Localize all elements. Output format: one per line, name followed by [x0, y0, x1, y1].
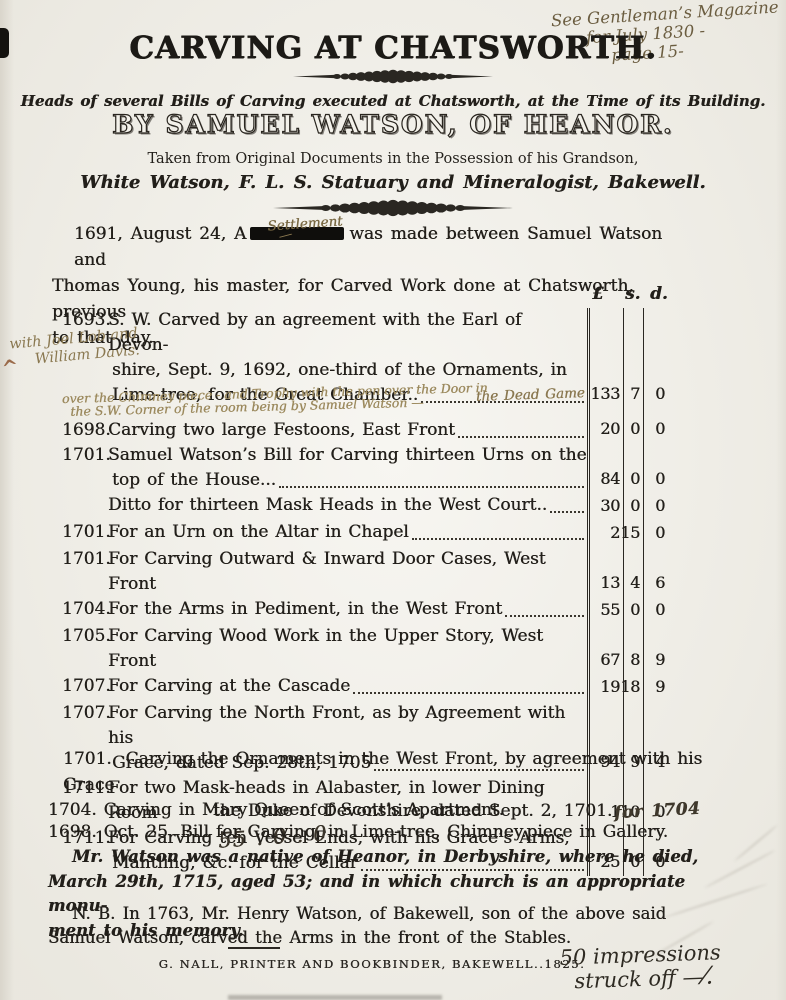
nota-bene-paragraph: N. B. In 1763, Mr. Henry Watson, of Bake…: [48, 902, 708, 950]
author-byline: BY SAMUEL WATSON, OF HEANOR.: [0, 110, 786, 139]
entry-year: 1704.: [62, 597, 102, 622]
flourish-mark-icon: ⁄.: [703, 962, 712, 990]
amount-shillings: 8: [623, 624, 643, 674]
entry-text: shire, Sept. 9, 1692, one-third of the O…: [112, 358, 567, 383]
amount-pence: 9: [643, 624, 668, 674]
entry-text: Samuel Watson’s Bill for Carving thirtee…: [108, 443, 587, 468]
entry-text: Ditto for thirteen Mask Heads in the Wes…: [108, 493, 547, 518]
entry-text: Carving the Ornaments in the West Front,…: [63, 749, 702, 795]
column-header-pounds: £: [592, 284, 604, 304]
amount-pounds: 84: [587, 443, 623, 493]
entry-description: 1704.For the Arms in Pediment, in the We…: [52, 597, 587, 624]
page-title: CARVING AT CHATSWORTH.: [0, 30, 786, 66]
amount-pounds: 20: [587, 408, 623, 443]
amount-pence: 0: [643, 443, 668, 493]
amount-shillings: 0: [623, 408, 643, 443]
ornament-rule: [0, 69, 786, 88]
entry-description: 1701.Samuel Watson’s Bill for Carving th…: [52, 443, 587, 493]
entry-text: top of the House...: [112, 468, 276, 493]
dot-leader: [412, 538, 584, 540]
entry-text: For an Urn on the Altar in Chapel: [108, 520, 409, 545]
entry-1704-mary-queen: 1704. Carving in Mary Queen of Scott’s A…: [48, 800, 728, 820]
annotation-impressions: 50 impressions struck off —⁄.: [559, 941, 722, 994]
amount-pounds: 2: [587, 520, 623, 547]
dot-leader: [458, 436, 584, 438]
entry-year: 1705.: [62, 624, 102, 649]
entry-description: 1701.For an Urn on the Altar in Chapel: [52, 520, 587, 547]
entry-year: 1698.: [62, 418, 102, 443]
entry-text: For Carving Wood Work in the Upper Story…: [108, 624, 587, 674]
document-subtitle: Heads of several Bills of Carving execut…: [0, 92, 786, 110]
entry-year: 1701.: [62, 520, 102, 545]
entry-text: For the Arms in Pediment, in the West Fr…: [108, 597, 502, 622]
amount-shillings: 7: [623, 308, 643, 408]
nb-line: N. B. In 1763, Mr. Henry Watson, of Bake…: [48, 902, 708, 926]
amount-pounds: 30: [587, 493, 623, 520]
footer-divider-rule: [228, 947, 280, 949]
table-row: 1701.For an Urn on the Altar in Chapel 2…: [52, 520, 668, 547]
provenance-line: Taken from Original Documents in the Pos…: [0, 151, 786, 167]
blackout-redaction: Settlement⟋: [250, 227, 344, 240]
entry-year: 1693.: [62, 308, 102, 333]
entry-year: 1701.: [62, 547, 102, 572]
column-header-pence: d.: [650, 284, 668, 304]
obituary-line: Mr. Watson was a native of Heanor, in De…: [48, 845, 708, 870]
table-column-headers: £ s. d.: [0, 284, 786, 304]
amount-pounds: 67: [587, 624, 623, 674]
amount-pence: 0: [643, 493, 668, 520]
entry-year: 1707.: [62, 674, 102, 699]
entry-text: S. W. Carved by an agreement with the Ea…: [108, 308, 587, 358]
dot-leader: [353, 692, 584, 694]
amount-pence: 0: [643, 308, 668, 408]
bleedthrough-artifact: [734, 824, 778, 862]
table-row: Ditto for thirteen Mask Heads in the Wes…: [52, 493, 668, 520]
scan-edge-artifact: [228, 995, 442, 1000]
grandson-line: White Watson, F. L. S. Statuary and Mine…: [0, 172, 786, 193]
entry-description: 1705.For Carving Wood Work in the Upper …: [52, 624, 587, 674]
entry-text: For Carving at the Cascade: [108, 674, 350, 699]
amount-shillings: 15: [623, 520, 643, 547]
amount-pence: 6: [643, 547, 668, 597]
dot-leader: [550, 511, 584, 513]
entry-text: Carving two large Festoons, East Front: [108, 418, 455, 443]
table-row: 1705.For Carving Wood Work in the Upper …: [52, 624, 668, 674]
table-row: 1701.Samuel Watson’s Bill for Carving th…: [52, 443, 668, 493]
column-header-shillings: s.: [625, 284, 641, 304]
amount-shillings: 0: [623, 597, 643, 624]
entry-description: 1701.For Carving Outward & Inward Door C…: [52, 547, 587, 597]
amount-pounds: 19: [587, 674, 623, 701]
swelled-rule-icon: [293, 69, 493, 84]
dot-leader: [279, 486, 584, 488]
amount-pence: 9: [643, 674, 668, 701]
entry-1698-gallery: 1698. Oct. 25. Bill for Carving, in Lime…: [48, 822, 728, 842]
annotation-line: struck off —: [574, 965, 704, 993]
intro-line-1: 1691, August 24, ASettlement⟋was made be…: [52, 221, 694, 273]
entry-text: For Carving the North Front, as by Agree…: [108, 701, 587, 751]
entry-description: Ditto for thirteen Mask Heads in the Wes…: [52, 493, 587, 520]
amount-shillings: 18: [623, 674, 643, 701]
table-row: 1704.For the Arms in Pediment, in the We…: [52, 597, 668, 624]
intro-text: 1691, August 24, A: [74, 224, 246, 244]
dot-leader: [505, 615, 584, 617]
amount-pence: 0: [643, 408, 668, 443]
ornament-rule: [0, 199, 786, 221]
amount-shillings: 4: [623, 547, 643, 597]
amount-shillings: 0: [623, 493, 643, 520]
amount-shillings: 0: [623, 443, 643, 493]
table-row: 1707.For Carving at the Cascade 19 18 9: [52, 674, 668, 701]
entry-year: 1701.: [63, 749, 112, 769]
entry-year: 1701.: [62, 443, 102, 468]
amount-pence: 0: [643, 520, 668, 547]
entry-description: 1707.For Carving at the Cascade: [52, 674, 587, 701]
amount-pounds: 55: [587, 597, 623, 624]
table-row: 1701.For Carving Outward & Inward Door C…: [52, 547, 668, 597]
entry-year: 1707.: [62, 701, 102, 726]
entry-text: For Carving Outward & Inward Door Cases,…: [108, 547, 587, 597]
amount-pence: 0: [643, 597, 668, 624]
amount-pounds: 13: [587, 547, 623, 597]
